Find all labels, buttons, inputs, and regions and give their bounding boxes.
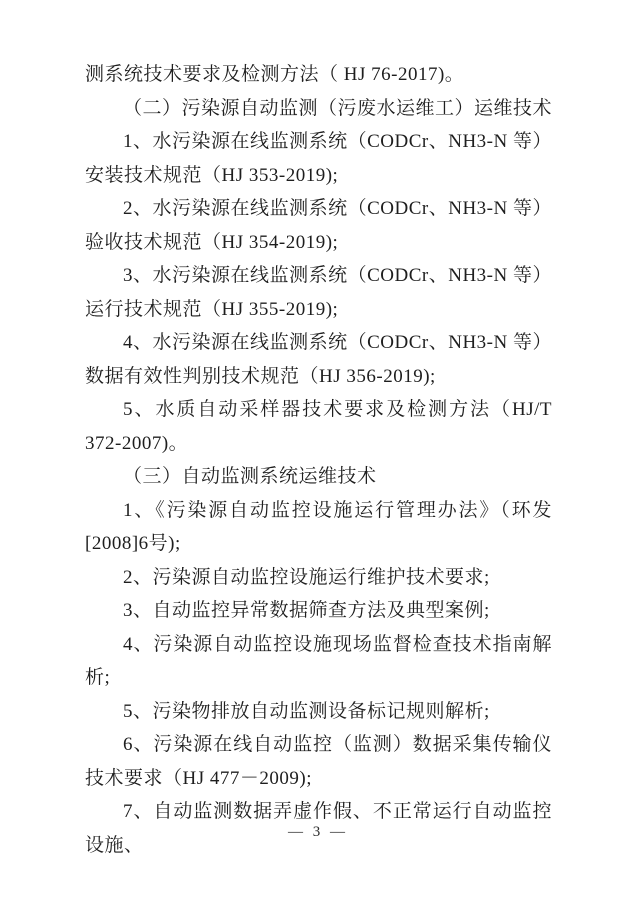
body-text: 测系统技术要求及检测方法（ HJ 76-2017)。 （二）污染源自动监测（污废… xyxy=(85,58,552,862)
page-number: — 3 — xyxy=(0,824,636,841)
list-item: 2、污染源自动监控设施运行维护技术要求; xyxy=(85,561,552,595)
section-heading-3: （三）自动监测系统运维技术 xyxy=(85,460,552,494)
list-item: 1、水污染源在线监测系统（CODCr、NH3-N 等）安装技术规范（HJ 353… xyxy=(85,125,552,192)
list-item: 5、水质自动采样器技术要求及检测方法（HJ/T 372-2007)。 xyxy=(85,393,552,460)
list-item: 1、《污染源自动监控设施运行管理办法》（环发[2008]6号); xyxy=(85,494,552,561)
list-item: 6、污染源在线自动监控（监测）数据采集传输仪技术要求（HJ 477－2009); xyxy=(85,728,552,795)
continuation-paragraph: 测系统技术要求及检测方法（ HJ 76-2017)。 xyxy=(85,58,552,92)
list-item: 4、污染源自动监控设施现场监督检查技术指南解析; xyxy=(85,628,552,695)
document-page: 测系统技术要求及检测方法（ HJ 76-2017)。 （二）污染源自动监测（污废… xyxy=(0,0,636,900)
list-item: 4、水污染源在线监测系统（CODCr、NH3-N 等）数据有效性判别技术规范（H… xyxy=(85,326,552,393)
list-item: 3、水污染源在线监测系统（CODCr、NH3-N 等）运行技术规范（HJ 355… xyxy=(85,259,552,326)
list-item: 2、水污染源在线监测系统（CODCr、NH3-N 等）验收技术规范（HJ 354… xyxy=(85,192,552,259)
section-heading-2: （二）污染源自动监测（污废水运维工）运维技术 xyxy=(85,92,552,126)
list-item: 5、污染物排放自动监测设备标记规则解析; xyxy=(85,695,552,729)
list-item: 3、自动监控异常数据筛查方法及典型案例; xyxy=(85,594,552,628)
